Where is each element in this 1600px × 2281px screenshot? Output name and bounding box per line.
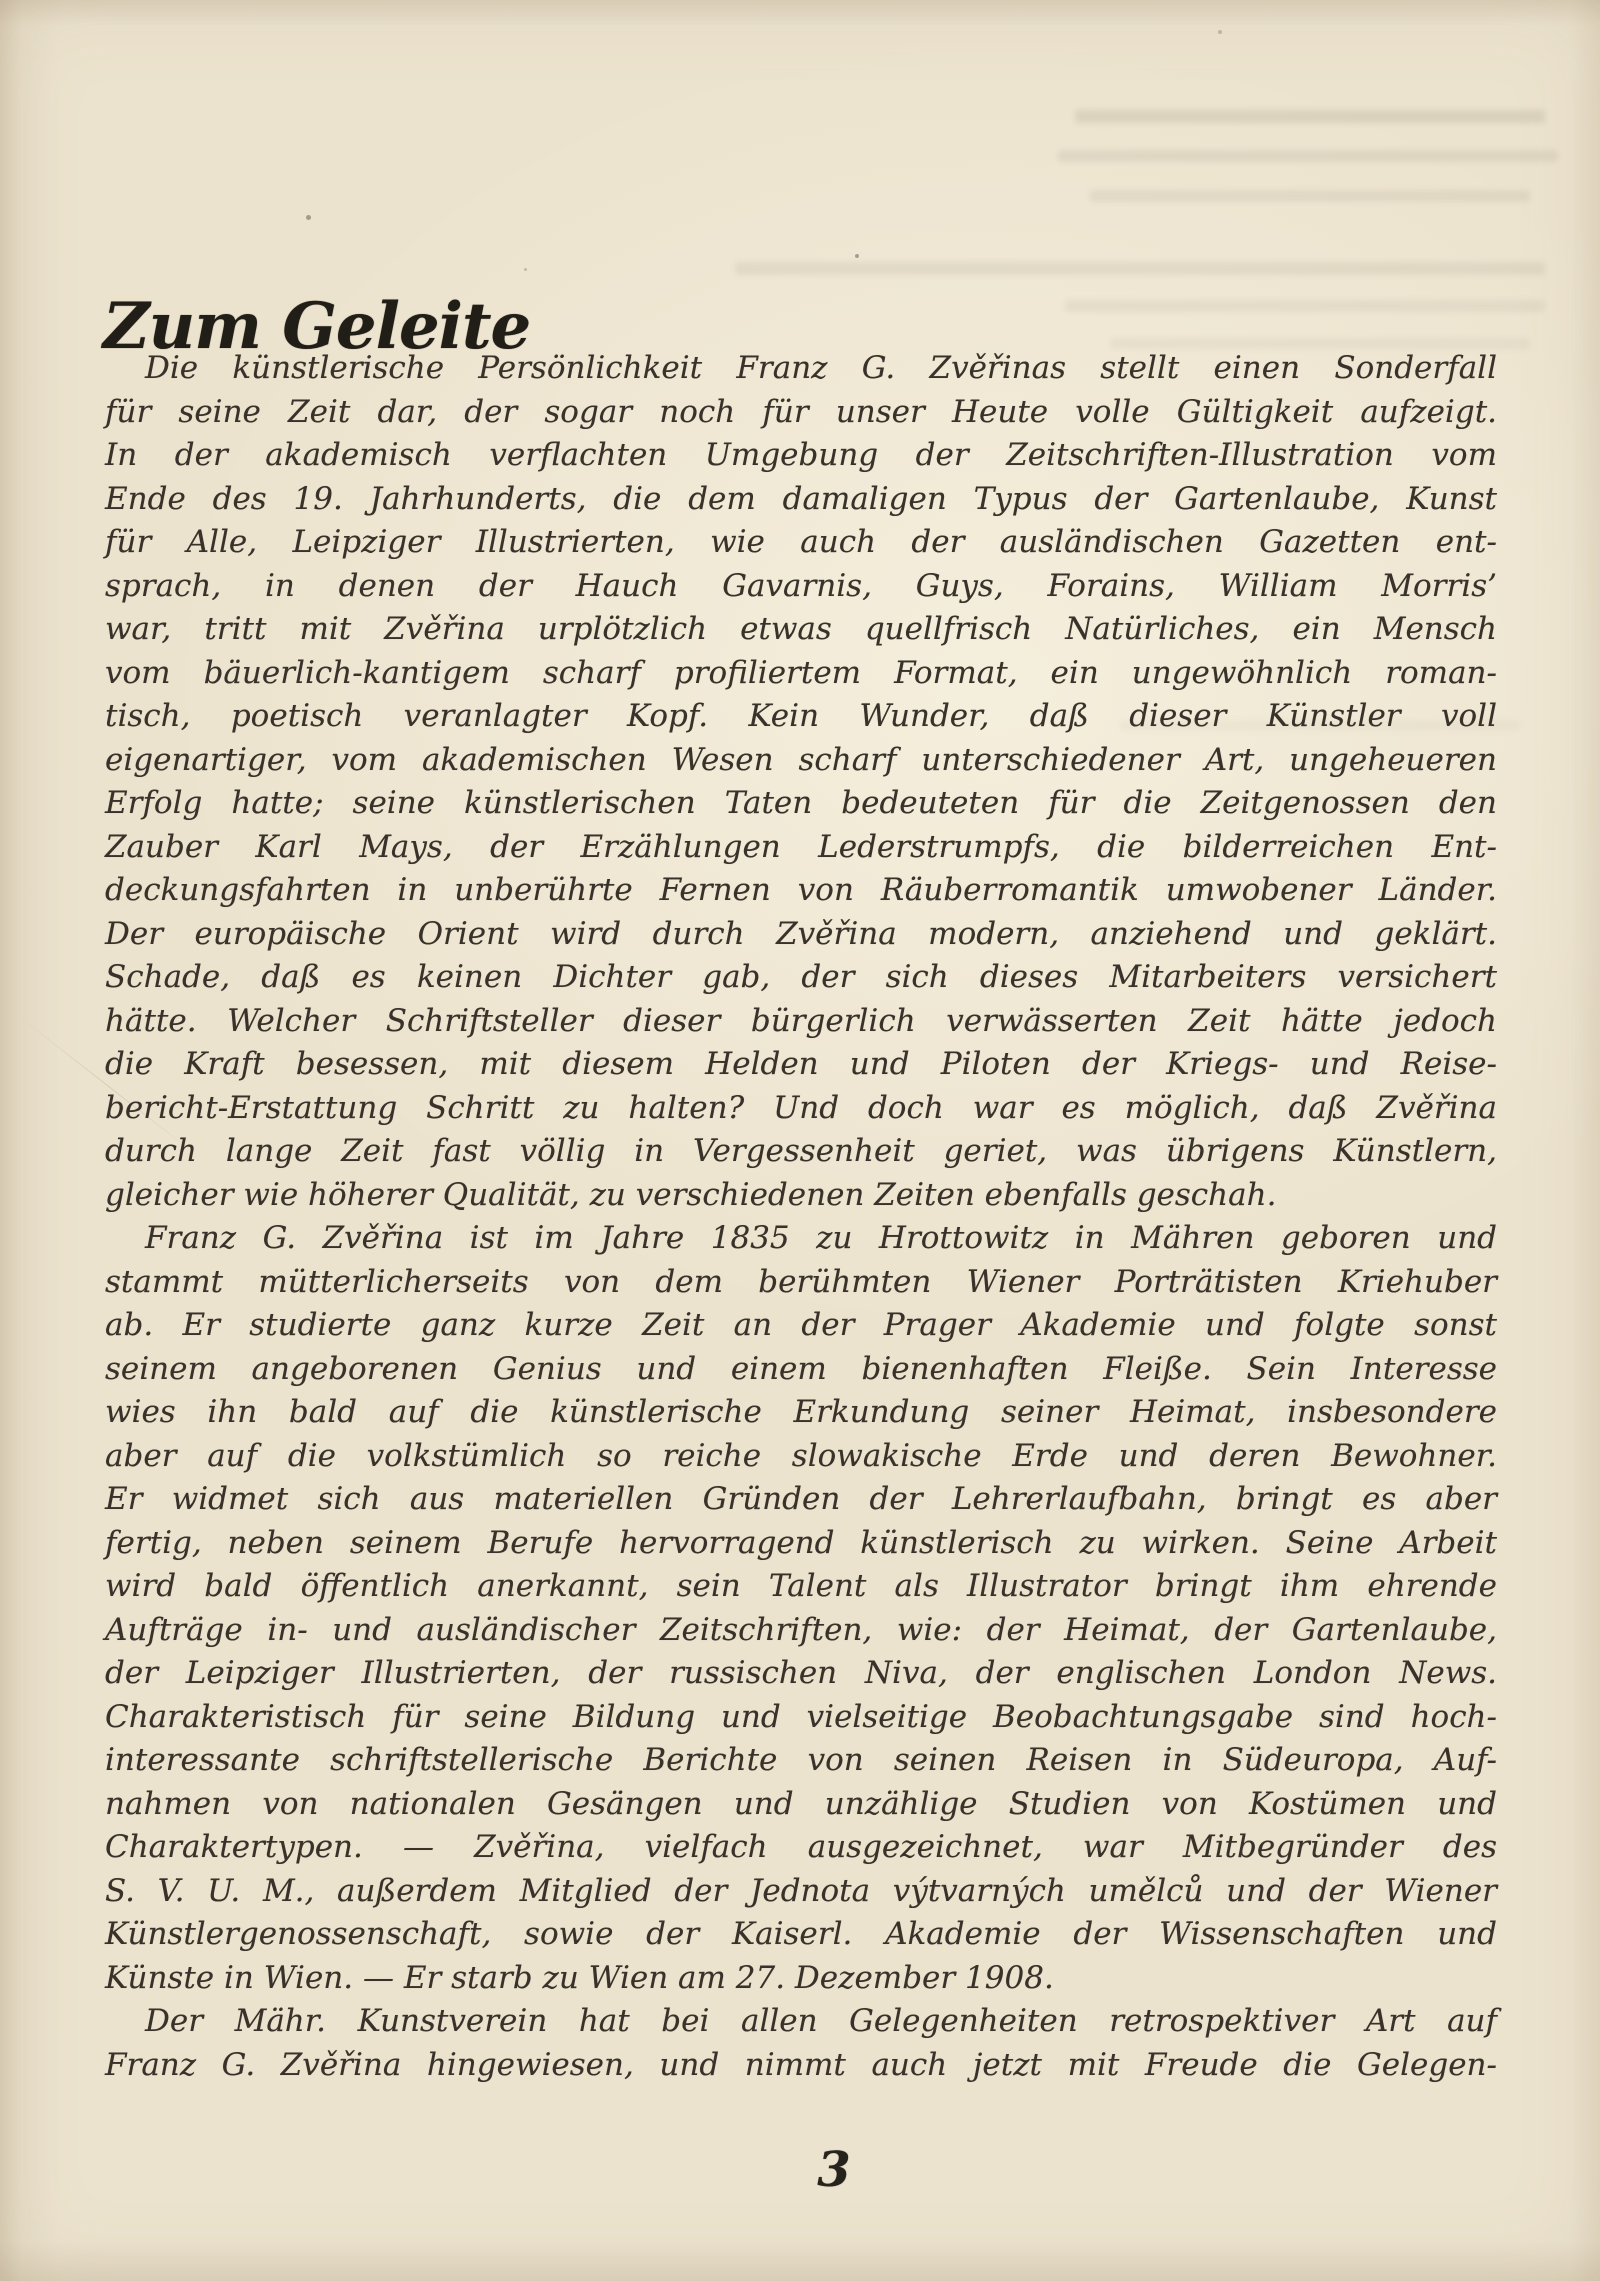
text-line: Schade, daß es keinen Dichter gab, der s…	[105, 956, 1497, 1000]
text-line: In der akademisch verflachten Umgebung d…	[105, 434, 1497, 478]
text-line: Die künstlerische Persönlichkeit Franz G…	[105, 347, 1497, 391]
scanned-book-page: Zum Geleite Die künstlerische Persönlich…	[0, 0, 1600, 2281]
bleed-through-artifact	[1075, 110, 1545, 123]
text-line: wies ihn bald auf die künstlerische Erku…	[105, 1391, 1497, 1435]
text-line: Ende des 19. Jahrhunderts, die dem damal…	[105, 478, 1497, 522]
bleed-through-artifact	[1058, 150, 1558, 162]
text-line: seinem angeborenen Genius und einem bien…	[105, 1348, 1497, 1392]
text-line: für Alle, Leipziger Illustrierten, wie a…	[105, 521, 1497, 565]
text-line: aber auf die volkstümlich so reiche slow…	[105, 1435, 1497, 1479]
text-line: Aufträge in- und ausländischer Zeitschri…	[105, 1609, 1497, 1653]
text-line: deckungsfahrten in unberührte Fernen von…	[105, 869, 1497, 913]
text-line: Der Mähr. Kunstverein hat bei allen Gele…	[105, 2000, 1497, 2044]
text-line: vom bäuerlich-kantigem scharf profiliert…	[105, 652, 1497, 696]
page-number: 3	[0, 2142, 1600, 2198]
text-line: hätte. Welcher Schriftsteller dieser bür…	[105, 1000, 1497, 1044]
text-line: wird bald öffentlich anerkannt, sein Tal…	[105, 1565, 1497, 1609]
bleed-through-artifact	[1065, 300, 1545, 312]
bleed-through-artifact	[1090, 190, 1530, 202]
text-line: gleicher wie höherer Qualität, zu versch…	[105, 1174, 1497, 1218]
text-line: S. V. U. M., außerdem Mitglied der Jedno…	[105, 1870, 1497, 1914]
text-line: bericht-Erstattung Schritt zu halten? Un…	[105, 1087, 1497, 1131]
text-line: Er widmet sich aus materiellen Gründen d…	[105, 1478, 1497, 1522]
text-line: Charakteristisch für seine Bildung und v…	[105, 1696, 1497, 1740]
text-line: für seine Zeit dar, der sogar noch für u…	[105, 391, 1497, 435]
text-line: war, tritt mit Zvěřina urplötzlich etwas…	[105, 608, 1497, 652]
text-line: Franz G. Zvěřina ist im Jahre 1835 zu Hr…	[105, 1217, 1497, 1261]
text-line: ab. Er studierte ganz kurze Zeit an der …	[105, 1304, 1497, 1348]
paper-speck	[855, 254, 859, 258]
text-line: der Leipziger Illustrierten, der russisc…	[105, 1652, 1497, 1696]
text-line: eigenartiger, vom akademischen Wesen sch…	[105, 739, 1497, 783]
text-line: die Kraft besessen, mit diesem Helden un…	[105, 1043, 1497, 1087]
paragraph-2: Franz G. Zvěřina ist im Jahre 1835 zu Hr…	[105, 1217, 1497, 2000]
paper-speck	[306, 215, 311, 220]
text-line: sprach, in denen der Hauch Gavarnis, Guy…	[105, 565, 1497, 609]
text-line: Künste in Wien. — Er starb zu Wien am 27…	[105, 1957, 1497, 2001]
text-line: Zauber Karl Mays, der Erzählungen Leders…	[105, 826, 1497, 870]
bleed-through-artifact	[735, 262, 1545, 275]
paper-speck	[1218, 30, 1222, 34]
text-line: Charaktertypen. — Zvěřina, vielfach ausg…	[105, 1826, 1497, 1870]
text-line: stammt mütterlicherseits von dem berühmt…	[105, 1261, 1497, 1305]
text-line: tisch, poetisch veranlagter Kopf. Kein W…	[105, 695, 1497, 739]
text-line: Künstlergenossenschaft, sowie der Kaiser…	[105, 1913, 1497, 1957]
text-line: Franz G. Zvěřina hingewiesen, und nimmt …	[105, 2044, 1497, 2088]
paper-speck	[524, 268, 527, 271]
paragraph-3: Der Mähr. Kunstverein hat bei allen Gele…	[105, 2000, 1497, 2087]
text-line: Der europäische Orient wird durch Zvěřin…	[105, 913, 1497, 957]
text-line: interessante schriftstellerische Bericht…	[105, 1739, 1497, 1783]
body-text: Die künstlerische Persönlichkeit Franz G…	[105, 347, 1497, 2087]
text-line: fertig, neben seinem Berufe hervorragend…	[105, 1522, 1497, 1566]
text-line: durch lange Zeit fast völlig in Vergesse…	[105, 1130, 1497, 1174]
paragraph-1: Die künstlerische Persönlichkeit Franz G…	[105, 347, 1497, 1217]
text-line: Erfolg hatte; seine künstlerischen Taten…	[105, 782, 1497, 826]
text-line: nahmen von nationalen Gesängen und unzäh…	[105, 1783, 1497, 1827]
